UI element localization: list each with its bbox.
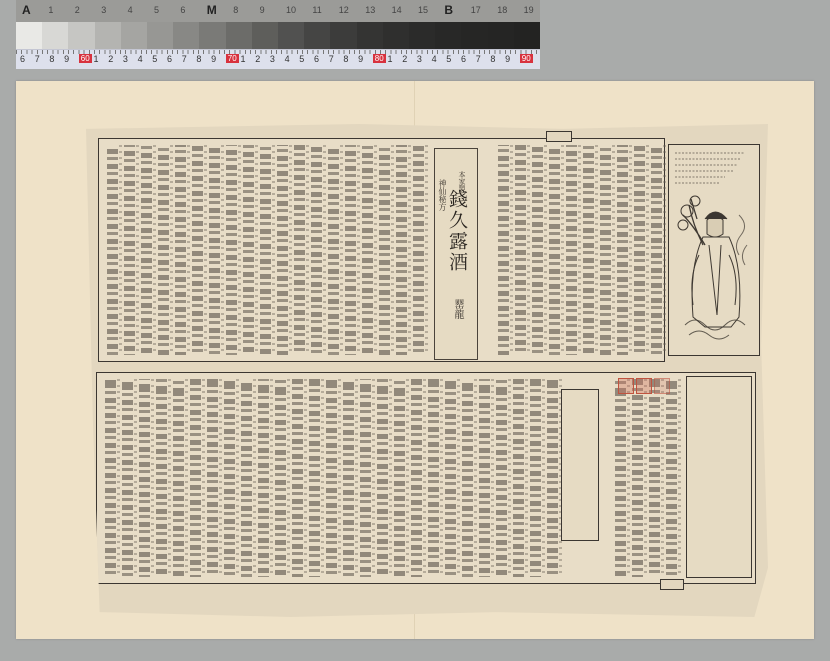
text-column <box>615 379 626 577</box>
furigana-column <box>374 145 377 355</box>
ruler-mark: 1 <box>388 54 393 64</box>
furigana-column <box>646 145 649 355</box>
furigana-column <box>661 379 664 577</box>
ruler-mark: 7 <box>329 54 334 64</box>
furigana-column <box>270 379 273 577</box>
text-column <box>345 145 356 355</box>
furigana-column <box>595 145 598 355</box>
text-column <box>243 145 254 355</box>
furigana-column <box>306 145 309 355</box>
text-column <box>396 145 407 355</box>
gray-patch <box>278 22 304 49</box>
furigana-column <box>561 145 564 355</box>
red-seal-3 <box>654 378 670 394</box>
furigana-column <box>578 145 581 355</box>
gray-patch <box>226 22 252 49</box>
text-column <box>498 145 509 355</box>
scale-label: A <box>22 3 31 17</box>
product-title-box: 本家製 神仙秘方 錢久露酒 罂龍 <box>434 148 478 360</box>
furigana-column <box>391 145 394 355</box>
ruler-mark: 7 <box>476 54 481 64</box>
furigana-column <box>678 379 681 577</box>
gray-patch <box>514 22 540 49</box>
text-column <box>496 379 507 577</box>
ruler-mark: 8 <box>343 54 348 64</box>
text-column <box>309 379 320 577</box>
ruler-mark: 6 <box>461 54 466 64</box>
furigana-column <box>338 379 341 577</box>
scale-label: 5 <box>154 5 159 15</box>
gray-patch <box>173 22 199 49</box>
furigana-column <box>321 379 324 577</box>
ruler-mark: 6 <box>314 54 319 64</box>
furigana-column <box>372 379 375 577</box>
bottom-text-panel <box>96 372 756 584</box>
text-column <box>479 379 490 577</box>
gray-patch <box>16 22 42 49</box>
robed-figure-icon <box>669 145 757 353</box>
text-column <box>292 379 303 577</box>
furigana-column <box>425 145 428 355</box>
scale-label: 15 <box>418 5 428 15</box>
furigana-column <box>663 145 666 355</box>
furigana-column <box>202 379 205 577</box>
scale-label-strip: A123456M89101112131415B171819 <box>16 0 540 22</box>
furigana-column <box>423 379 426 577</box>
gray-patch <box>461 22 487 49</box>
ruler-mark: 9 <box>64 54 69 64</box>
text-column <box>294 145 305 355</box>
gray-patch <box>435 22 461 49</box>
title-sub-label: 罂龍 <box>450 299 465 319</box>
ruler-mark: 80 <box>373 54 386 63</box>
text-column <box>311 145 322 355</box>
text-column <box>617 145 628 355</box>
furigana-column <box>508 379 511 577</box>
furigana-column <box>355 379 358 577</box>
text-column <box>649 379 660 577</box>
furigana-column <box>644 379 647 577</box>
text-column <box>241 379 252 577</box>
furigana-column <box>304 379 307 577</box>
scale-label: 19 <box>524 5 534 15</box>
text-column <box>105 379 116 577</box>
text-column <box>207 379 218 577</box>
printed-sheet: 本家製 神仙秘方 錢久露酒 罂龍 湯岳物 <box>86 124 768 617</box>
ruler-mark: 6 <box>20 54 25 64</box>
bottom-center-tab <box>660 579 684 590</box>
red-seal-1 <box>618 378 634 394</box>
text-column <box>192 145 203 355</box>
ruler-mark: 7 <box>182 54 187 64</box>
gray-patch <box>488 22 514 49</box>
right-notice-panel <box>686 376 752 578</box>
text-column <box>226 145 237 355</box>
text-column <box>122 379 133 577</box>
furigana-column <box>119 145 122 355</box>
ruler-mark: 90 <box>520 54 533 63</box>
mounting-board: 本家製 神仙秘方 錢久露酒 罂龍 湯岳物 <box>16 81 814 639</box>
furigana-column <box>629 145 632 355</box>
text-column <box>141 145 152 355</box>
furigana-column <box>151 379 154 577</box>
scale-label: 17 <box>471 5 481 15</box>
furigana-column <box>187 145 190 355</box>
ruler-mark: 2 <box>255 54 260 64</box>
gray-patch <box>383 22 409 49</box>
text-column <box>513 379 524 577</box>
furigana-column <box>542 379 545 577</box>
gray-patch <box>330 22 356 49</box>
scale-label: 8 <box>233 5 238 15</box>
scale-label: B <box>444 3 453 17</box>
scale-label: 6 <box>180 5 185 15</box>
furigana-column <box>406 379 409 577</box>
text-column <box>260 145 271 355</box>
illustration-panel <box>668 144 760 356</box>
text-column <box>224 379 235 577</box>
ruler-mark: 8 <box>490 54 495 64</box>
measuring-ruler: 678960123456789701234567898012345678990 <box>16 49 540 69</box>
scale-label: M <box>207 3 217 17</box>
gray-patch <box>304 22 330 49</box>
furigana-column <box>612 145 615 355</box>
ruler-mark: 1 <box>94 54 99 64</box>
scale-label: 2 <box>75 5 80 15</box>
text-column <box>428 379 439 577</box>
furigana-column <box>153 145 156 355</box>
furigana-column <box>544 145 547 355</box>
text-column <box>124 145 135 355</box>
gray-patch <box>42 22 68 49</box>
text-column <box>530 379 541 577</box>
scale-label: 18 <box>497 5 507 15</box>
furigana-column <box>289 145 292 355</box>
furigana-column <box>408 145 411 355</box>
text-column <box>634 145 645 355</box>
text-column <box>209 145 220 355</box>
text-column <box>651 145 662 355</box>
furigana-column <box>136 145 139 355</box>
furigana-column <box>357 145 360 355</box>
gray-patch <box>68 22 94 49</box>
furigana-column <box>389 379 392 577</box>
scale-label: 14 <box>392 5 402 15</box>
furigana-column <box>134 379 137 577</box>
text-column <box>275 379 286 577</box>
red-seal-2 <box>636 378 652 394</box>
ruler-mark: 5 <box>299 54 304 64</box>
gray-patch <box>357 22 383 49</box>
text-column <box>515 145 526 355</box>
text-column <box>583 145 594 355</box>
furigana-column <box>525 379 528 577</box>
furigana-column <box>253 379 256 577</box>
scale-label: 1 <box>48 5 53 15</box>
furigana-column <box>272 145 275 355</box>
text-column <box>445 379 456 577</box>
scale-label: 3 <box>101 5 106 15</box>
text-column <box>362 145 373 355</box>
scale-label: 11 <box>312 5 321 15</box>
furigana-column <box>457 379 460 577</box>
furigana-column <box>219 379 222 577</box>
ruler-mark: 2 <box>402 54 407 64</box>
ruler-mark: 3 <box>270 54 275 64</box>
furigana-column <box>170 145 173 355</box>
text-column <box>547 379 558 577</box>
scale-label: 13 <box>365 5 375 15</box>
gray-patch <box>147 22 173 49</box>
color-scale-bar: A123456M89101112131415B171819 6789601234… <box>16 0 540 68</box>
ruler-mark: 4 <box>285 54 290 64</box>
text-column <box>600 145 611 355</box>
text-column <box>326 379 337 577</box>
furigana-column <box>287 379 290 577</box>
gray-patch <box>409 22 435 49</box>
text-column <box>343 379 354 577</box>
top-text-panel <box>98 138 665 362</box>
text-column <box>277 145 288 355</box>
text-column <box>566 145 577 355</box>
ruler-mark: 70 <box>226 54 239 63</box>
scale-label: 4 <box>128 5 133 15</box>
furigana-column <box>117 379 120 577</box>
text-column <box>258 379 269 577</box>
furigana-column <box>185 379 188 577</box>
text-column <box>462 379 473 577</box>
ruler-mark: 5 <box>446 54 451 64</box>
text-column <box>413 145 424 355</box>
ruler-mark: 8 <box>49 54 54 64</box>
scale-label: 9 <box>260 5 265 15</box>
furigana-column <box>236 379 239 577</box>
ruler-mark: 2 <box>108 54 113 64</box>
ruler-mark: 3 <box>417 54 422 64</box>
ruler-mark: 8 <box>196 54 201 64</box>
text-column <box>175 145 186 355</box>
furigana-column <box>627 379 630 577</box>
ruler-mark: 1 <box>241 54 246 64</box>
scale-label: 10 <box>286 5 296 15</box>
ruler-mark: 4 <box>432 54 437 64</box>
top-center-tab <box>546 131 572 142</box>
furigana-column <box>204 145 207 355</box>
ruler-mark: 60 <box>79 54 92 63</box>
text-column <box>107 145 118 355</box>
furigana-column <box>527 145 530 355</box>
text-column <box>532 145 543 355</box>
text-column <box>394 379 405 577</box>
gray-patch <box>199 22 225 49</box>
ruler-mark: 9 <box>358 54 363 64</box>
gray-patch <box>252 22 278 49</box>
furigana-column <box>340 145 343 355</box>
text-column <box>377 379 388 577</box>
text-column <box>190 379 201 577</box>
furigana-column <box>238 145 241 355</box>
text-column <box>139 379 150 577</box>
furigana-column <box>323 145 326 355</box>
ruler-mark: 7 <box>35 54 40 64</box>
text-column <box>632 379 643 577</box>
text-column <box>156 379 167 577</box>
ruler-mark: 9 <box>505 54 510 64</box>
furigana-column <box>491 379 494 577</box>
ruler-mark: 9 <box>211 54 216 64</box>
furigana-column <box>510 145 513 355</box>
furigana-column <box>474 379 477 577</box>
furigana-column <box>168 379 171 577</box>
gray-patch <box>95 22 121 49</box>
ruler-mark: 6 <box>167 54 172 64</box>
text-column <box>173 379 184 577</box>
furigana-column <box>221 145 224 355</box>
text-column <box>411 379 422 577</box>
ruler-mark: 5 <box>152 54 157 64</box>
ruler-mark: 3 <box>123 54 128 64</box>
furigana-column <box>255 145 258 355</box>
text-column <box>379 145 390 355</box>
ruler-mark: 4 <box>138 54 143 64</box>
text-column <box>666 379 677 577</box>
product-title: 錢久露酒 <box>444 189 471 273</box>
text-column <box>360 379 371 577</box>
text-column <box>158 145 169 355</box>
text-column <box>549 145 560 355</box>
text-column <box>328 145 339 355</box>
furigana-column <box>440 379 443 577</box>
gray-patch <box>121 22 147 49</box>
scale-label: 12 <box>339 5 349 15</box>
gray-patches <box>16 22 540 49</box>
price-notice-box <box>561 389 599 541</box>
